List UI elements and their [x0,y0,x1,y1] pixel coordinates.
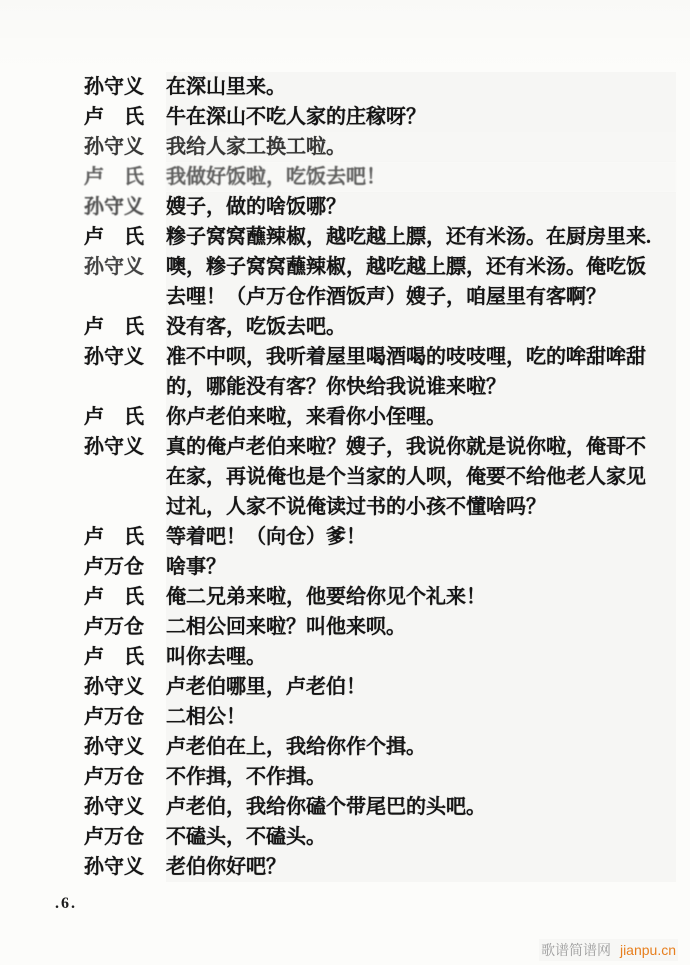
dialogue-row: 孙守义卢老伯，我给你磕个带尾巴的头吧。 [84,792,676,822]
dialogue-row: 孙守义卢老伯哪里，卢老伯！ [84,672,676,702]
page-number: .6. [55,895,77,913]
dialogue-line: 嫂子，做的啥饭哪？ [166,192,676,222]
dialogue-line: 真的俺卢老伯来啦？嫂子，我说你就是说你啦，俺哥不 [166,432,676,462]
dialogue-row: 孙守义老伯你好吧？ [84,852,676,882]
dialogue-text: 不磕头，不磕头。 [166,822,676,852]
speaker-name: 卢万仓 [84,702,148,732]
dialogue-line: 在家，再说俺也是个当家的人呗，俺要不给他老人家见 [166,462,676,492]
dialogue-row: 卢万仓二相公！ [84,702,676,732]
dialogue-row: 卢 氏糁子窝窝蘸辣椒，越吃越上膘，还有米汤。在厨房里来. [84,222,676,252]
dialogue-line: 糁子窝窝蘸辣椒，越吃越上膘，还有米汤。在厨房里来. [166,222,676,252]
speaker-name: 卢万仓 [84,762,148,792]
watermark-site-url: jianpu.cn [620,942,676,958]
dialogue-text: 没有客，吃饭去吧。 [166,312,676,342]
dialogue-list: 孙守义在深山里来。卢 氏牛在深山不吃人家的庄稼呀？孙守义我给人家工换工啦。卢 氏… [84,72,676,882]
dialogue-row: 卢 氏我做好饭啦，吃饭去吧！ [84,162,676,192]
watermark-site-name: 歌谱简谱网 [541,942,611,958]
dialogue-row: 孙守义我给人家工换工啦。 [84,132,676,162]
dialogue-text: 糁子窝窝蘸辣椒，越吃越上膘，还有米汤。在厨房里来. [166,222,676,252]
dialogue-text: 卢老伯哪里，卢老伯！ [166,672,676,702]
dialogue-row: 卢 氏没有客，吃饭去吧。 [84,312,676,342]
dialogue-line: 过礼，人家不说俺读过书的小孩不懂啥吗？ [166,492,676,522]
speaker-name: 孙守义 [84,792,148,822]
dialogue-row: 孙守义真的俺卢老伯来啦？嫂子，我说你就是说你啦，俺哥不在家，再说俺也是个当家的人… [84,432,676,522]
dialogue-text: 在深山里来。 [166,72,676,102]
dialogue-line: 你卢老伯来啦，来看你小侄哩。 [166,402,676,432]
speaker-name: 孙守义 [84,852,148,882]
dialogue-text: 卢老伯在上，我给你作个揖。 [166,732,676,762]
dialogue-text: 啥事？ [166,552,676,582]
speaker-name: 孙守义 [84,732,148,762]
dialogue-text: 你卢老伯来啦，来看你小侄哩。 [166,402,676,432]
dialogue-text: 我做好饭啦，吃饭去吧！ [166,162,676,192]
speaker-name: 孙守义 [84,192,148,222]
dialogue-row: 孙守义卢老伯在上，我给你作个揖。 [84,732,676,762]
speaker-name: 卢万仓 [84,612,148,642]
speaker-name: 孙守义 [84,672,148,702]
dialogue-line: 在深山里来。 [166,72,676,102]
dialogue-text: 叫你去哩。 [166,642,676,672]
dialogue-row: 孙守义准不中呗，我听着屋里喝酒喝的吱吱哩，吃的哞甜哞甜的，哪能没有客？你快给我说… [84,342,676,402]
dialogue-line: 老伯你好吧？ [166,852,676,882]
dialogue-line: 的，哪能没有客？你快给我说谁来啦？ [166,372,676,402]
dialogue-text: 噢，糁子窝窝蘸辣椒，越吃越上膘，还有米汤。俺吃饭去哩！（卢万仓作酒饭声）嫂子，咱… [166,252,676,312]
dialogue-line: 俺二兄弟来啦，他要给你见个礼来！ [166,582,676,612]
speaker-name: 卢 氏 [84,642,148,672]
dialogue-row: 孙守义嫂子，做的啥饭哪？ [84,192,676,222]
speaker-name: 卢 氏 [84,402,148,432]
dialogue-line: 准不中呗，我听着屋里喝酒喝的吱吱哩，吃的哞甜哞甜 [166,342,676,372]
dialogue-row: 卢万仓二相公回来啦？叫他来呗。 [84,612,676,642]
dialogue-text: 不作揖，不作揖。 [166,762,676,792]
dialogue-line: 我给人家工换工啦。 [166,132,676,162]
speaker-name: 孙守义 [84,72,148,102]
dialogue-row: 孙守义在深山里来。 [84,72,676,102]
speaker-name: 卢 氏 [84,522,148,552]
speaker-name: 孙守义 [84,432,148,462]
dialogue-text: 真的俺卢老伯来啦？嫂子，我说你就是说你啦，俺哥不在家，再说俺也是个当家的人呗，俺… [166,432,676,522]
dialogue-row: 卢 氏你卢老伯来啦，来看你小侄哩。 [84,402,676,432]
dialogue-line: 二相公回来啦？叫他来呗。 [166,612,676,642]
speaker-name: 孙守义 [84,252,148,282]
dialogue-text: 俺二兄弟来啦，他要给你见个礼来！ [166,582,676,612]
watermark: 歌谱简谱网 jianpu.cn [539,939,678,961]
dialogue-text: 嫂子，做的啥饭哪？ [166,192,676,222]
speaker-name: 卢万仓 [84,822,148,852]
speaker-name: 卢 氏 [84,582,148,612]
dialogue-text: 牛在深山不吃人家的庄稼呀？ [166,102,676,132]
speaker-name: 卢 氏 [84,312,148,342]
dialogue-line: 去哩！（卢万仓作酒饭声）嫂子，咱屋里有客啊？ [166,282,676,312]
speaker-name: 孙守义 [84,132,148,162]
dialogue-text: 二相公回来啦？叫他来呗。 [166,612,676,642]
dialogue-line: 我做好饭啦，吃饭去吧！ [166,162,676,192]
speaker-name: 孙守义 [84,342,148,372]
dialogue-row: 卢万仓不磕头，不磕头。 [84,822,676,852]
dialogue-line: 等着吧！（向仓）爹！ [166,522,676,552]
dialogue-text: 卢老伯，我给你磕个带尾巴的头吧。 [166,792,676,822]
dialogue-row: 卢 氏牛在深山不吃人家的庄稼呀？ [84,102,676,132]
dialogue-row: 孙守义噢，糁子窝窝蘸辣椒，越吃越上膘，还有米汤。俺吃饭去哩！（卢万仓作酒饭声）嫂… [84,252,676,312]
dialogue-text: 我给人家工换工啦。 [166,132,676,162]
dialogue-text: 等着吧！（向仓）爹！ [166,522,676,552]
dialogue-line: 二相公！ [166,702,676,732]
dialogue-line: 牛在深山不吃人家的庄稼呀？ [166,102,676,132]
dialogue-line: 啥事？ [166,552,676,582]
speaker-name: 卢 氏 [84,162,148,192]
dialogue-text: 老伯你好吧？ [166,852,676,882]
dialogue-row: 卢 氏等着吧！（向仓）爹！ [84,522,676,552]
dialogue-row: 卢万仓啥事？ [84,552,676,582]
dialogue-line: 不磕头，不磕头。 [166,822,676,852]
dialogue-line: 噢，糁子窝窝蘸辣椒，越吃越上膘，还有米汤。俺吃饭 [166,252,676,282]
dialogue-line: 叫你去哩。 [166,642,676,672]
speaker-name: 卢 氏 [84,222,148,252]
speaker-name: 卢万仓 [84,552,148,582]
dialogue-line: 卢老伯在上，我给你作个揖。 [166,732,676,762]
scanned-script-page: 孙守义在深山里来。卢 氏牛在深山不吃人家的庄稼呀？孙守义我给人家工换工啦。卢 氏… [0,0,690,965]
dialogue-line: 没有客，吃饭去吧。 [166,312,676,342]
dialogue-row: 卢 氏俺二兄弟来啦，他要给你见个礼来！ [84,582,676,612]
dialogue-line: 卢老伯，我给你磕个带尾巴的头吧。 [166,792,676,822]
dialogue-text: 准不中呗，我听着屋里喝酒喝的吱吱哩，吃的哞甜哞甜的，哪能没有客？你快给我说谁来啦… [166,342,676,402]
speaker-name: 卢 氏 [84,102,148,132]
dialogue-text: 二相公！ [166,702,676,732]
dialogue-line: 不作揖，不作揖。 [166,762,676,792]
dialogue-row: 卢万仓不作揖，不作揖。 [84,762,676,792]
dialogue-row: 卢 氏叫你去哩。 [84,642,676,672]
dialogue-line: 卢老伯哪里，卢老伯！ [166,672,676,702]
